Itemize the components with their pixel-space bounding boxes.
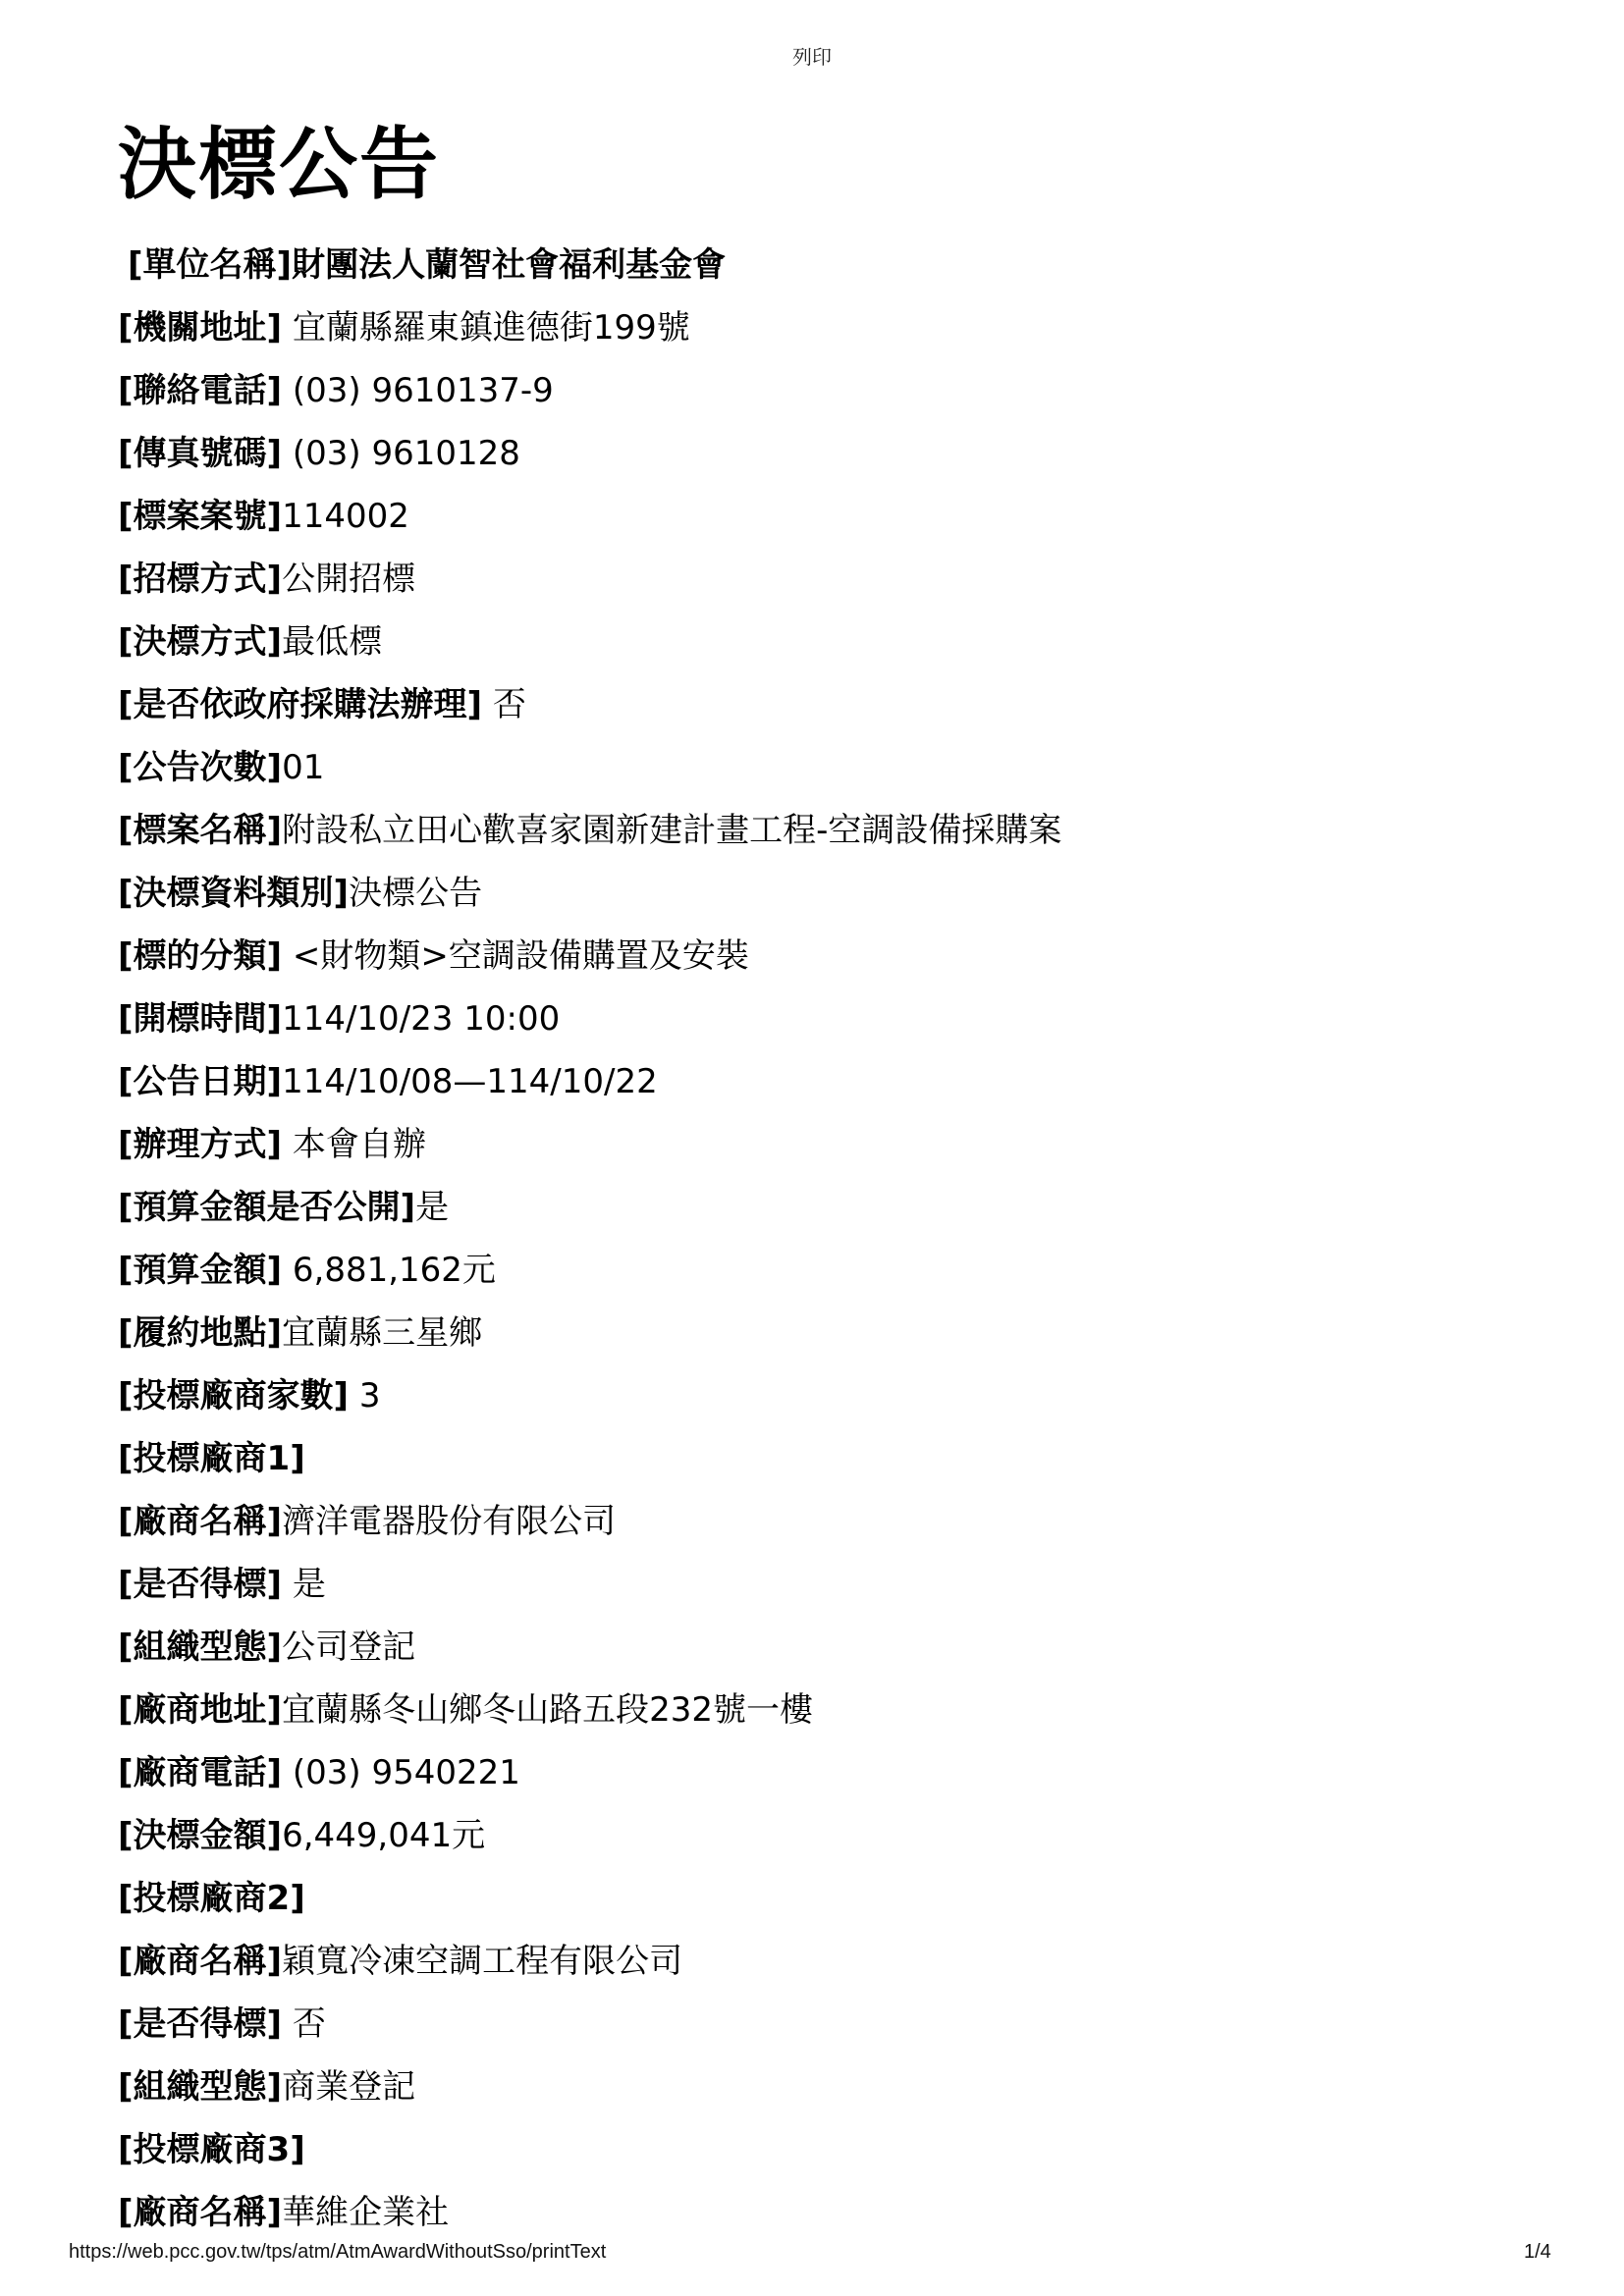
field-label: [開標時間]: [118, 999, 282, 1039]
field-value: 宜蘭縣三星鄉: [282, 1313, 482, 1353]
field-announcement-date: [公告日期]114/10/08—114/10/22: [118, 1057, 1061, 1120]
field-value: 最低標: [282, 622, 382, 662]
bidder-1-phone: [廠商電話] (03) 9540221: [118, 1748, 1061, 1811]
field-performance-location: [履約地點]宜蘭縣三星鄉: [118, 1308, 1061, 1371]
field-value: (03) 9540221: [282, 1753, 520, 1792]
field-label: [決標金額]: [118, 1816, 282, 1855]
field-label: [投標廠商2]: [118, 1879, 305, 1918]
bidder-1-address: [廠商地址]宜蘭縣冬山鄉冬山路五段232號一樓: [118, 1685, 1061, 1748]
field-label: [公告次數]: [118, 748, 282, 787]
field-value: 附設私立田心歡喜家園新建計畫工程-空調設備採購案: [282, 811, 1061, 850]
field-value: (03) 9610128: [282, 434, 520, 473]
field-value: 114/10/08—114/10/22: [282, 1062, 658, 1101]
bidder-1-heading: [投標廠商1]: [118, 1434, 1061, 1497]
field-tender-method: [招標方式]公開招標: [118, 555, 1061, 617]
field-label: [標的分類]: [118, 936, 282, 976]
field-label: [是否得標]: [118, 1565, 282, 1604]
page-number: 1/4: [1524, 2241, 1551, 2264]
field-value: 華維企業社: [282, 2193, 449, 2232]
field-label: [傳真號碼]: [118, 434, 282, 473]
field-value: (03) 9610137-9: [282, 371, 554, 410]
field-value: 濟洋電器股份有限公司: [282, 1502, 616, 1541]
footer-url: https://web.pcc.gov.tw/tps/atm/AtmAwardW…: [69, 2241, 606, 2264]
field-label: [履約地點]: [118, 1313, 282, 1353]
bidder-1-awarded: [是否得標] 是: [118, 1560, 1061, 1623]
field-value: 否: [282, 2004, 326, 2044]
field-value: <財物類>空調設備購置及安裝: [282, 936, 749, 976]
field-budget-amount: [預算金額] 6,881,162元: [118, 1246, 1061, 1308]
bidder-2-awarded: [是否得標] 否: [118, 2000, 1061, 2062]
field-value: 商業登記: [282, 2067, 415, 2107]
field-label: [廠商地址]: [118, 1690, 282, 1730]
field-award-method: [決標方式]最低標: [118, 617, 1061, 680]
field-opening-time: [開標時間]114/10/23 10:00: [118, 994, 1061, 1057]
field-label: [廠商名稱]: [118, 1942, 282, 1981]
bidder-1-award-amount: [決標金額]6,449,041元: [118, 1811, 1061, 1874]
field-label: [機關地址]: [118, 308, 282, 347]
field-value: 公司登記: [282, 1628, 415, 1667]
field-award-data-type: [決標資料類別]決標公告: [118, 869, 1061, 932]
field-value: 114002: [282, 497, 409, 536]
bidder-1-name: [廠商名稱]濟洋電器股份有限公司: [118, 1497, 1061, 1560]
field-label: [廠商電話]: [118, 1753, 282, 1792]
field-label: [是否依政府採購法辦理]: [118, 685, 482, 724]
field-label: [投標廠商家數]: [118, 1376, 349, 1415]
field-value: 否: [482, 685, 526, 724]
field-label: [投標廠商1]: [118, 1439, 305, 1478]
field-value: 宜蘭縣羅東鎮進德街199號: [282, 308, 690, 347]
field-value: 6,449,041元: [282, 1816, 485, 1855]
bidder-1-org-type: [組織型態]公司登記: [118, 1623, 1061, 1685]
field-agency-address: [機關地址] 宜蘭縣羅東鎮進德街199號: [118, 303, 1061, 366]
field-label: [組織型態]: [118, 1628, 282, 1667]
field-label: [預算金額]: [118, 1251, 282, 1290]
field-value: 114/10/23 10:00: [282, 999, 560, 1039]
field-label: [招標方式]: [118, 560, 282, 599]
field-value: 穎寬冷凍空調工程有限公司: [282, 1942, 682, 1981]
field-label: [單位名稱]: [128, 245, 292, 285]
field-value: 公開招標: [282, 560, 415, 599]
field-handling-method: [辦理方式] 本會自辦: [118, 1120, 1061, 1183]
field-procurement-law: [是否依政府採購法辦理] 否: [118, 680, 1061, 743]
field-value: 本會自辦: [282, 1125, 426, 1164]
field-unit-name: [單位名稱]財團法人蘭智社會福利基金會: [118, 240, 1061, 303]
field-label: [決標方式]: [118, 622, 282, 662]
field-label: [預算金額是否公開]: [118, 1188, 415, 1227]
field-label: [是否得標]: [118, 2004, 282, 2044]
field-fax: [傳真號碼] (03) 9610128: [118, 429, 1061, 492]
field-budget-public: [預算金額是否公開]是: [118, 1183, 1061, 1246]
field-value: 是: [282, 1565, 326, 1604]
field-label: [廠商名稱]: [118, 2193, 282, 2232]
field-label: [公告日期]: [118, 1062, 282, 1101]
field-label: [標案案號]: [118, 497, 282, 536]
field-value: 決標公告: [349, 874, 482, 913]
field-value: 宜蘭縣冬山鄉冬山路五段232號一樓: [282, 1690, 813, 1730]
field-value: 01: [282, 748, 324, 787]
field-bidder-count: [投標廠商家數] 3: [118, 1371, 1061, 1434]
page-title: 決標公告: [118, 126, 440, 204]
field-subject-category: [標的分類] <財物類>空調設備購置及安裝: [118, 932, 1061, 994]
field-label: [組織型態]: [118, 2067, 282, 2107]
field-case-number: [標案案號]114002: [118, 492, 1061, 555]
field-contact-phone: [聯絡電話] (03) 9610137-9: [118, 366, 1061, 429]
field-list: [單位名稱]財團法人蘭智社會福利基金會 [機關地址] 宜蘭縣羅東鎮進德街199號…: [118, 240, 1061, 2251]
field-label: [聯絡電話]: [118, 371, 282, 410]
bidder-2-heading: [投標廠商2]: [118, 1874, 1061, 1937]
field-value: 3: [349, 1376, 380, 1415]
field-label: [決標資料類別]: [118, 874, 349, 913]
field-value: 6,881,162元: [282, 1251, 496, 1290]
field-label: [辦理方式]: [118, 1125, 282, 1164]
field-value: 財團法人蘭智社會福利基金會: [292, 245, 726, 285]
field-label: [標案名稱]: [118, 811, 282, 850]
field-announcement-count: [公告次數]01: [118, 743, 1061, 806]
field-value: 是: [415, 1188, 449, 1227]
field-label: [投標廠商3]: [118, 2130, 305, 2169]
bidder-2-org-type: [組織型態]商業登記: [118, 2062, 1061, 2125]
bidder-2-name: [廠商名稱]穎寬冷凍空調工程有限公司: [118, 1937, 1061, 2000]
field-label: [廠商名稱]: [118, 1502, 282, 1541]
print-header: 列印: [0, 41, 1624, 70]
bidder-3-heading: [投標廠商3]: [118, 2125, 1061, 2188]
field-case-name: [標案名稱]附設私立田心歡喜家園新建計畫工程-空調設備採購案: [118, 806, 1061, 869]
